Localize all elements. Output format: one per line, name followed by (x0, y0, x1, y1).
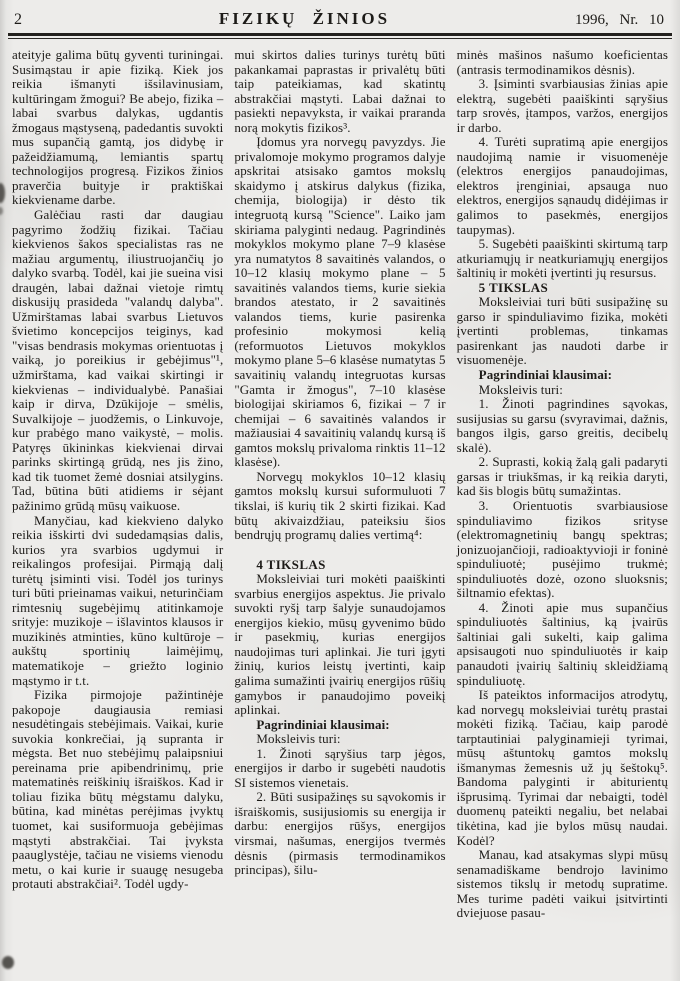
paragraph: ateityje galima būtų gyventi turiningai.… (12, 48, 223, 208)
paragraph: Manau, kad atsakymas slypi mūsų senamadi… (457, 848, 668, 921)
paragraph: 4. Turėti supratimą apie energijos naudo… (457, 135, 668, 237)
section-heading: 4 TIKSLAS (234, 558, 445, 573)
text-column-2: mui skirtos dalies turinys turėtų būti p… (234, 48, 445, 921)
paragraph: 2. Būti susipažinęs su sąvokomis ir išra… (234, 790, 445, 877)
paragraph: 3. Orientuotis svarbiausiose spinduliavi… (457, 499, 668, 601)
bold-label: Pagrindiniai klausimai: (234, 718, 445, 733)
paragraph: 1. Žinoti sąryšius tarp jėgos, energijos… (234, 747, 445, 791)
article-body: ateityje galima būtų gyventi turiningai.… (0, 39, 680, 921)
paragraph: Moksleiviai turi būti susipažinę su gars… (457, 295, 668, 368)
paragraph: Norvegų mokyklos 10–12 klasių gamtos mok… (234, 470, 445, 543)
paragraph: Moksleivis turi: (457, 383, 668, 398)
paragraph: Manyčiau, kad kiekvieno dalyko reikia iš… (12, 514, 223, 689)
scan-artifact (2, 956, 14, 969)
section-heading: 5 TIKSLAS (457, 281, 668, 296)
page-header: 2 FIZIKŲ ŽINIOS 1996, Nr. 10 (0, 0, 680, 33)
paragraph: 1. Žinoti pagrindines sąvokas, susijusia… (457, 397, 668, 455)
paragraph: Moksleiviai turi mokėti paaiškinti svarb… (234, 572, 445, 717)
paragraph: Galėčiau rasti dar daugiau pagyrimo žodž… (12, 208, 223, 513)
bold-label: Pagrindiniai klausimai: (457, 368, 668, 383)
page-number: 2 (14, 11, 22, 29)
paragraph: Iš pateiktos informacijos atrodytų, kad … (457, 688, 668, 848)
paragraph: Moksleivis turi: (234, 732, 445, 747)
paragraph: Fizika pirmojoje pažintinėje pakopoje da… (12, 688, 223, 892)
paragraph: 2. Suprasti, kokią žalą gali padaryti ga… (457, 455, 668, 499)
scanned-journal-page: 2 FIZIKŲ ŽINIOS 1996, Nr. 10 ateityje ga… (0, 0, 680, 981)
issue-info: 1996, Nr. 10 (575, 12, 664, 29)
journal-title: FIZIKŲ ŽINIOS (219, 9, 390, 29)
paragraph: 3. Įsiminti svarbiausias žinias apie ele… (457, 77, 668, 135)
paragraph: 4. Žinoti apie mus supančius spinduliuot… (457, 601, 668, 688)
text-column-1: ateityje galima būtų gyventi turiningai.… (12, 48, 223, 921)
text-column-3: minės mašinos našumo koeficientas (antra… (457, 48, 668, 921)
paragraph: Įdomus yra norvegų pavyzdys. Jie privalo… (234, 135, 445, 470)
paragraph: minės mašinos našumo koeficientas (antra… (457, 48, 668, 77)
paragraph: mui skirtos dalies turinys turėtų būti p… (234, 48, 445, 135)
header-rule-thick (8, 33, 672, 36)
paragraph: 5. Sugebėti paaiškinti skirtumą tarp atk… (457, 237, 668, 281)
